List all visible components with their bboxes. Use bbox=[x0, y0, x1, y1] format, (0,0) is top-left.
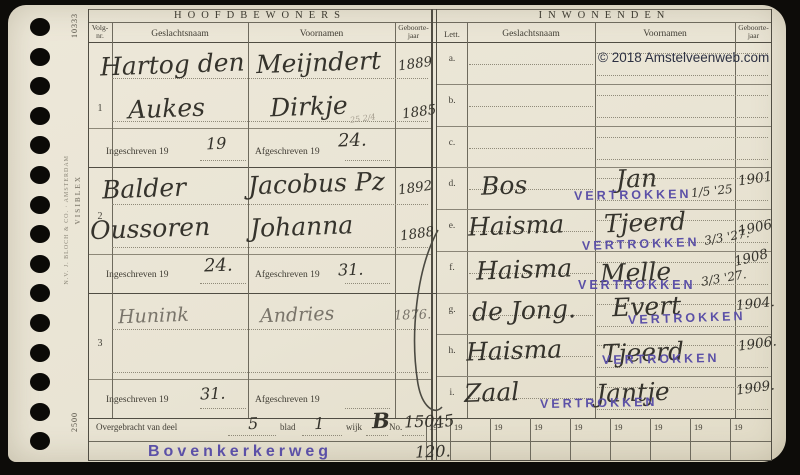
year-cell-value: 45 bbox=[433, 410, 456, 432]
dotted-line bbox=[112, 372, 428, 373]
inwonenden-row: c. bbox=[437, 126, 771, 169]
section-title-inwonenden: INWONENDEN bbox=[437, 10, 772, 21]
column-header-volgnr-line2: nr. bbox=[88, 32, 112, 40]
binder-hole bbox=[30, 18, 50, 36]
binder-hole bbox=[30, 77, 50, 95]
grid-line-v bbox=[610, 418, 611, 460]
firstname-entry: Andries bbox=[260, 303, 335, 328]
dotted-line bbox=[469, 148, 593, 149]
column-header-voornamen: Voornamen bbox=[248, 29, 395, 39]
surname-entry: Haisma bbox=[466, 334, 563, 366]
section-title-hoofdbewoners: HOOFDBEWONERS bbox=[88, 10, 432, 21]
ingeschreven-label: Ingeschreven 19 bbox=[106, 270, 169, 280]
wijk-label: wijk bbox=[346, 422, 362, 432]
wijk-value: B bbox=[372, 408, 391, 434]
ingeschreven-year: 24. bbox=[204, 255, 233, 277]
ingeschreven-year: 31. bbox=[200, 384, 226, 404]
street-stamp: Bovenkerkerweg bbox=[148, 443, 332, 461]
dotted-line bbox=[366, 435, 388, 436]
no-label: No. bbox=[389, 422, 402, 432]
binder-hole bbox=[30, 107, 50, 125]
afgeschreven-year: 31. bbox=[338, 260, 364, 280]
grid-line-v bbox=[730, 418, 731, 460]
year-cell-label: 19 bbox=[734, 422, 743, 432]
dotted-line bbox=[112, 247, 428, 248]
row-letter: a. bbox=[437, 54, 467, 64]
register-table: HOOFDBEWONERS INWONENDEN Volg- nr. Gesla… bbox=[88, 8, 772, 462]
pencil-note: 25 2/4 bbox=[349, 112, 376, 124]
binder-hole bbox=[30, 225, 50, 243]
surname-entry: Haisma bbox=[476, 253, 573, 285]
surname-entry: Haisma bbox=[468, 209, 565, 241]
column-header-geboortejaar: Geboorte- jaar bbox=[735, 24, 772, 40]
firstname-entry: Tjeerd bbox=[604, 207, 687, 239]
firstname-entry: Jacobus Pz bbox=[248, 167, 386, 201]
surname-entry: Balder bbox=[102, 173, 187, 205]
year-cell-label: 19 bbox=[614, 422, 623, 432]
ingeschreven-year: 19 bbox=[206, 134, 227, 154]
vertrokken-stamp: VERTROKKEN bbox=[602, 351, 720, 367]
binder-hole bbox=[30, 344, 50, 362]
print-run-code: 2500 bbox=[70, 412, 79, 432]
binder-hole bbox=[30, 255, 50, 273]
surname-entry: de Jong. bbox=[472, 294, 577, 327]
dotted-line bbox=[112, 329, 428, 330]
grid-line-v bbox=[650, 418, 651, 460]
vertrokken-stamp: VERTROKKEN bbox=[574, 187, 692, 203]
huisnummer: 120. bbox=[415, 441, 451, 461]
surname-entry: Zaal bbox=[464, 377, 520, 408]
column-header-geboortejaar: Geboorte- jaar bbox=[395, 24, 432, 40]
dotted-line bbox=[345, 160, 390, 161]
year-cell-label: 19 bbox=[534, 422, 543, 432]
form-number-code: 10333 bbox=[70, 13, 79, 38]
ingeschreven-label: Ingeschreven 19 bbox=[106, 147, 169, 157]
column-header-geslachtsnaam: Geslachtsnaam bbox=[467, 29, 595, 39]
dotted-line bbox=[200, 408, 246, 409]
year-cell-label: 19 bbox=[494, 422, 503, 432]
grid-line-h bbox=[88, 254, 432, 255]
grid-line-v bbox=[395, 22, 396, 418]
afgeschreven-label: Afgeschreven 19 bbox=[255, 395, 320, 405]
grid-line-v bbox=[490, 418, 491, 460]
binder-hole bbox=[30, 403, 50, 421]
vertrokken-stamp: VERTROKKEN bbox=[540, 395, 658, 411]
column-header-geslachtsnaam: Geslachtsnaam bbox=[112, 29, 248, 39]
grid-line-v bbox=[570, 418, 571, 460]
afgeschreven-label: Afgeschreven 19 bbox=[255, 270, 320, 280]
column-header-lett: Lett. bbox=[437, 29, 467, 39]
row-letter: d. bbox=[437, 179, 467, 189]
year-cell-label: 19 bbox=[654, 422, 663, 432]
printer-address: N.V. J. BLOCH & CO. · AMSTERDAM bbox=[64, 155, 70, 285]
copyright-watermark: © 2018 Amstelveenweb.com bbox=[598, 50, 769, 65]
dotted-line bbox=[402, 435, 424, 436]
dotted-line bbox=[112, 204, 428, 205]
printer-name: VISIBLEX bbox=[74, 175, 82, 224]
birthyear-entry: 1892 bbox=[397, 178, 433, 199]
surname-entry: Bos bbox=[481, 170, 528, 201]
surname-entry: Aukes bbox=[128, 93, 206, 125]
column-header-geboortejaar-line2: jaar bbox=[735, 32, 772, 40]
binder-hole bbox=[30, 166, 50, 184]
overgebracht-label: Overgebracht van deel bbox=[96, 422, 177, 432]
year-cell-label: 19 bbox=[454, 422, 463, 432]
volgnr: 1 bbox=[88, 103, 112, 114]
column-header-voornamen: Voornamen bbox=[595, 29, 735, 39]
surname-entry: Hunink bbox=[118, 304, 190, 328]
binder-hole bbox=[30, 136, 50, 154]
dotted-line bbox=[302, 435, 342, 436]
volgnr: 3 bbox=[88, 338, 112, 349]
grid-line-v bbox=[690, 418, 691, 460]
dotted-line bbox=[469, 106, 593, 107]
deel-value: 5 bbox=[248, 414, 259, 433]
dotted-line bbox=[228, 435, 276, 436]
blad-label: blad bbox=[280, 422, 296, 432]
row-letter: b. bbox=[437, 96, 467, 106]
column-header-volgnr: Volg- nr. bbox=[88, 24, 112, 40]
afgeschreven-year: 24. bbox=[338, 130, 367, 152]
grid-line-h bbox=[88, 22, 772, 23]
firstname-entry: Meijndert bbox=[256, 46, 382, 79]
grid-line-v bbox=[88, 9, 89, 460]
surname-entry: Oussoren bbox=[90, 212, 211, 245]
binder-hole bbox=[30, 314, 50, 332]
year-cell-label: 19 bbox=[574, 422, 583, 432]
column-header-geboortejaar-line2: jaar bbox=[395, 32, 432, 40]
binder-hole bbox=[30, 48, 50, 66]
blad-value: 1 bbox=[314, 414, 325, 433]
register-card: 10333 N.V. J. BLOCH & CO. · AMSTERDAM VI… bbox=[8, 5, 786, 462]
grid-line-v bbox=[530, 418, 531, 460]
grid-line-h bbox=[88, 379, 432, 380]
inwonenden-row: b. bbox=[437, 84, 771, 127]
binder-hole bbox=[30, 373, 50, 391]
row-letter: c. bbox=[437, 138, 467, 148]
dotted-line bbox=[200, 160, 246, 161]
birthyear-entry: 1889 bbox=[397, 54, 433, 75]
year-cell-label: 19 bbox=[694, 422, 703, 432]
ingeschreven-label: Ingeschreven 19 bbox=[106, 395, 169, 405]
dotted-line bbox=[345, 283, 390, 284]
scanned-register-card-photo: 10333 N.V. J. BLOCH & CO. · AMSTERDAM VI… bbox=[0, 0, 800, 475]
firstname-entry: Dirkje bbox=[270, 91, 349, 123]
firstname-entry: Johanna bbox=[250, 210, 354, 243]
binder-hole bbox=[30, 284, 50, 302]
handwritten-bracket bbox=[406, 226, 444, 422]
grid-line-h bbox=[88, 128, 432, 129]
surname-entry: Hartog den bbox=[100, 47, 246, 81]
dotted-line bbox=[200, 283, 246, 284]
dotted-line bbox=[469, 64, 593, 65]
binder-hole bbox=[30, 196, 50, 214]
afgeschreven-label: Afgeschreven 19 bbox=[255, 147, 320, 157]
binder-hole bbox=[30, 432, 50, 450]
